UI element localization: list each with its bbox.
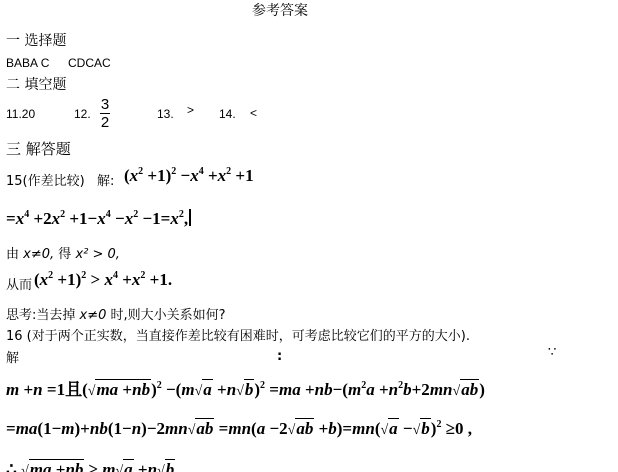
q15-equation-line2: =x4 +2x2 +1−x4 −x2 −1=x2, — [6, 209, 191, 229]
fraction-denominator: 2 — [101, 114, 109, 131]
q15-label: 15(作差比较) — [6, 170, 85, 189]
choice-answers-1-5: BABA C — [6, 56, 49, 70]
answer-q13-label: 13. — [157, 107, 174, 121]
think-suffix: 时,则大小关系如何? — [111, 308, 226, 323]
section-heading-fill: 二 填空题 — [6, 74, 66, 94]
q15-conclusion-expr: (x2 +1)2 > x4 +x2 +1. — [34, 270, 172, 290]
text-cursor — [189, 209, 191, 226]
section-heading-choice: 一 选择题 — [6, 30, 66, 50]
q15-condition-mid: 得 — [58, 247, 71, 262]
q16-equation-line1: m +n =1且(√ma +nb)2 −(m√a +n√b)2 =ma +nb−… — [6, 375, 485, 400]
answer-q12-label: 12. — [74, 107, 91, 121]
answer-q12-fraction: 3 2 — [100, 96, 110, 131]
q15-condition-result: x² > 0, — [75, 247, 119, 262]
q16-colon: : — [277, 349, 282, 364]
q16-equation-line2: =ma(1−m)+nb(1−n)−2mn√ab =mn(a −2√ab +b)=… — [6, 419, 472, 439]
q15-jie: 解: — [97, 170, 114, 189]
q15-conclusion-prefix: 从而 — [6, 274, 32, 293]
think-prefix: 思考:当去掉 — [6, 308, 75, 323]
q16-label: 16 (对于两个正实数，当直接作差比较有困难时，可考虑比较它们的平方的大小). — [6, 325, 470, 344]
answer-q14-value: < — [250, 106, 257, 120]
q16-jie: 解 — [6, 347, 19, 366]
answer-q11: 11.20 — [6, 107, 35, 121]
because-symbol: ∵ — [548, 345, 556, 360]
q15-condition-prefix: 由 — [6, 247, 19, 262]
q15-condition: x≠0, — [23, 247, 54, 262]
q15-condition-line: 由 x≠0, 得 x² > 0, — [6, 243, 120, 262]
answer-q14-label: 14. — [219, 107, 236, 121]
fraction-numerator: 3 — [101, 96, 109, 113]
q16-equation-line3: ∴ √ma +nb ≥ m√a +n√b — [6, 460, 175, 472]
section-heading-solve: 三 解答题 — [6, 138, 71, 159]
page-title: 参考答案 — [252, 0, 308, 20]
think-condition: x≠0 — [80, 308, 107, 323]
choice-answers-6-10: CDCAC — [68, 56, 111, 70]
answer-q13-value: > — [187, 103, 194, 117]
q15-equation-line1: (x2 +1)2 −x4 +x2 +1 — [124, 166, 254, 186]
think-question: 思考:当去掉 x≠0 时,则大小关系如何? — [6, 304, 226, 323]
